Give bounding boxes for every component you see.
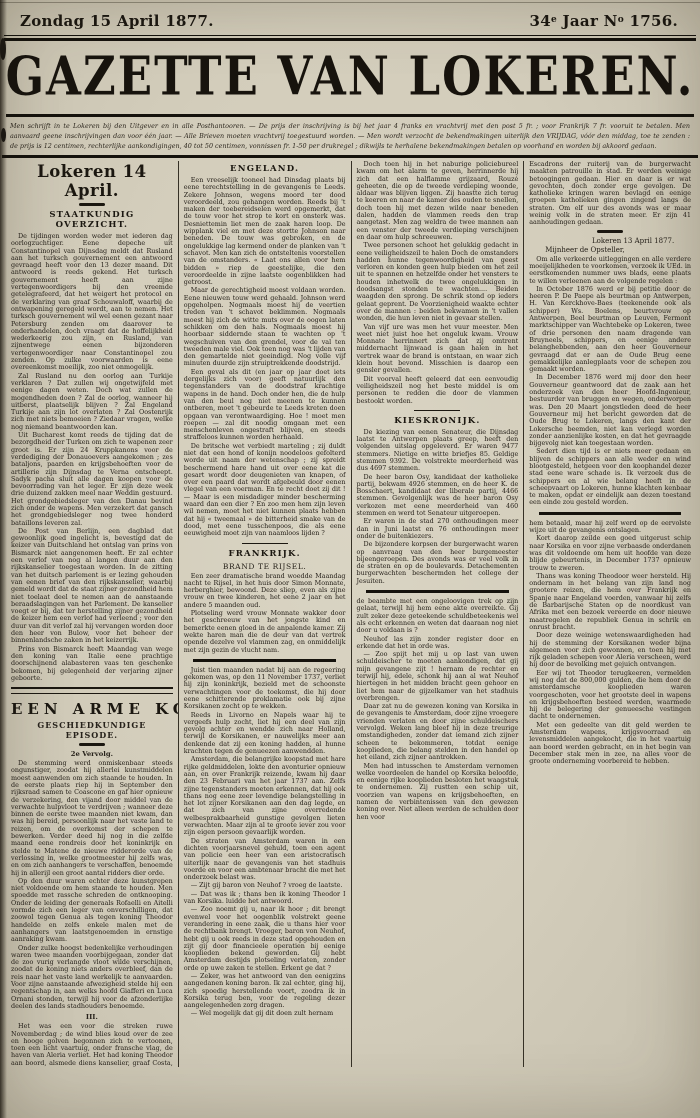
paragraph: Reeds in Livorno en Napels waar hij te v… bbox=[184, 712, 346, 756]
paragraph: Neuhof las zijn zonder register door en … bbox=[357, 636, 519, 651]
continuation-marker: III. bbox=[11, 1013, 173, 1021]
paragraph: Amsterdam, die belangrijke koopstad met … bbox=[184, 756, 346, 836]
paragraph: hem betaald, maar hij zelf werd op de ee… bbox=[529, 520, 691, 535]
column-1: Lokeren 14 April.STAATKUNDIG OVERZICHT.D… bbox=[6, 161, 179, 1067]
paragraph: De tijdingen worden weder met iederen da… bbox=[11, 233, 173, 372]
paragraph: Met een gedeelte van dit geld werden te … bbox=[529, 722, 691, 766]
paragraph: In October 1876 werd er bij petitie door… bbox=[529, 286, 691, 374]
paragraph: De heer baron Osy, kandidaat der katholi… bbox=[357, 474, 519, 518]
paragraph: In December 1876 werd mij door den heer … bbox=[529, 374, 691, 447]
scan-artifact bbox=[1, 128, 6, 142]
section-heading: STAATKUNDIG OVERZICHT. bbox=[11, 210, 173, 230]
scan-edge bbox=[0, 0, 7, 1118]
paragraph: Plotseling werd vrouw Monnate wakker doo… bbox=[184, 610, 346, 654]
feuilleton-title: EEN ARME KONING bbox=[11, 700, 173, 718]
paragraph: de beambte met een ongeloovigen trek op … bbox=[357, 598, 519, 634]
feuilleton-rule bbox=[366, 590, 508, 593]
paragraph: Juist tien maanden nadat hij aan de rege… bbox=[184, 667, 346, 711]
imprint-line: de prijs is 12 centimen, rechterlijke aa… bbox=[10, 141, 690, 151]
subsection-heading: BRAND TE RIJSEL. bbox=[184, 562, 346, 571]
masthead-title: GAZETTE VAN LOKEREN. bbox=[0, 45, 700, 108]
feuilleton-subtitle: GESCHIEDKUNDIGE EPISODE. bbox=[11, 720, 173, 740]
paragraph: Prins von Bismarck heeft Maandag van weg… bbox=[11, 646, 173, 682]
issue-number: 34e Jaar No 1756. bbox=[529, 12, 678, 30]
paragraph: Van vijf ure was men het vuur meester. M… bbox=[357, 324, 519, 375]
paragraph: Uit Bucharest komt reeds de tijding dat … bbox=[11, 432, 173, 527]
paragraph: Twee personen schoot het gelukkig gedach… bbox=[357, 242, 519, 322]
paragraph: Door deze weinige wetenswaardigheden had… bbox=[529, 632, 691, 668]
double-rule bbox=[11, 687, 173, 694]
paragraph: — Zoo noemt gij u, naar ik hoor ; dit br… bbox=[184, 906, 346, 972]
paragraph: Een vreeselijk tooneel had Dinsdag plaat… bbox=[184, 177, 346, 286]
letter-dateline: Lokeren 13 April 1877. bbox=[529, 237, 691, 245]
header-rule bbox=[4, 35, 696, 41]
imprint-line: Men schrijft in te Lokeren bij den Uitge… bbox=[10, 121, 690, 131]
feuilleton-rule bbox=[539, 512, 681, 515]
paragraph: Sedert dien tijd is er niets meer gedaan… bbox=[529, 448, 691, 506]
ornament-divider bbox=[79, 743, 105, 746]
paragraph: Een zeer dramatische brand woedde Maanda… bbox=[184, 573, 346, 609]
masthead-rule bbox=[6, 114, 694, 117]
paragraph: — Zoo spijt het mij u op last van uwen s… bbox=[357, 651, 519, 702]
column-3: Doch toen hij in het naburige policiebur… bbox=[352, 161, 525, 1067]
section-heading: KIESKRONIJK. bbox=[357, 416, 519, 426]
imprint-line: aanvaard geene inschrijvingen dan voor é… bbox=[10, 131, 690, 141]
paragraph: Het was een voor die streken ruwe Novemb… bbox=[11, 1023, 173, 1067]
imprint-rule bbox=[2, 155, 698, 158]
paragraph: Doch toen hij in het naburige policiebur… bbox=[357, 161, 519, 241]
feuilleton-rule bbox=[193, 659, 335, 662]
paragraph: Escadrons der ruiterij van de burgerwach… bbox=[529, 161, 691, 227]
section-heading: FRANKRIJK. bbox=[184, 549, 346, 559]
paragraph: Men had intusschen te Amsterdam vernomen… bbox=[357, 763, 519, 821]
paragraph: Eer wij tot Theodor terugkeeren, vermeld… bbox=[529, 670, 691, 721]
paragraph: De straten van Amsterdam waren in een di… bbox=[184, 838, 346, 882]
thin-divider bbox=[242, 543, 288, 544]
paragraph: De bijzondere korpsen der burgerwacht wa… bbox=[357, 541, 519, 585]
ornament-divider bbox=[597, 230, 623, 233]
paragraph: De Post van Berlijn, een dagblad dat gew… bbox=[11, 528, 173, 645]
column-4: Escadrons der ruiterij van de burgerwach… bbox=[524, 161, 696, 1067]
paragraph: Om alle verkeerde uitleggingen en alle v… bbox=[529, 256, 691, 285]
paragraph: Op den duur waren echter deze kunstgrepe… bbox=[11, 878, 173, 944]
top-bar: Zondag 15 April 1877. 34e Jaar No 1756. bbox=[0, 0, 700, 30]
thin-divider bbox=[414, 410, 460, 411]
paragraph: — Wel mogelijk dat gij dit doen zult her… bbox=[184, 1010, 346, 1017]
letter-salutation: Mijnheer de Opsteller, bbox=[529, 246, 691, 254]
ornament-divider bbox=[79, 203, 105, 206]
paragraph: Thans was koning Theodoor weer hersteld.… bbox=[529, 573, 691, 631]
paragraph: Er waren in de stad 270 onthoudingen mee… bbox=[357, 518, 519, 540]
newspaper-page: Zondag 15 April 1877. 34e Jaar No 1756. … bbox=[0, 0, 700, 1118]
paragraph: De britsche wet verbiedt marteling ; zij… bbox=[184, 443, 346, 538]
column-2: ENGELAND.Een vreeselijk tooneel had Dins… bbox=[179, 161, 352, 1067]
section-heading: ENGELAND. bbox=[184, 164, 346, 174]
date-heading: Zondag 15 April 1877. bbox=[20, 12, 214, 30]
imprint: Men schrijft in te Lokeren bij den Uitge… bbox=[10, 121, 690, 151]
paragraph: Kort daarop zeilde een goed uitgerust sc… bbox=[529, 535, 691, 571]
paragraph: Maar de gerechtigheid moest voldaan word… bbox=[184, 287, 346, 367]
paragraph: De stemming werd onmiskenbaar steeds ong… bbox=[11, 760, 173, 877]
scan-artifact bbox=[0, 2, 700, 3]
paragraph: — Zijt gij baron von Neuhof ? vroeg de l… bbox=[184, 882, 346, 889]
paragraph: — Zeker, was het antwoord van den eenigz… bbox=[184, 973, 346, 1009]
column-area: Lokeren 14 April.STAATKUNDIG OVERZICHT.D… bbox=[6, 161, 696, 1067]
paragraph: Daar zat nu de gewezen koning van Korsik… bbox=[357, 703, 519, 761]
continuation-marker: 2e Vervolg. bbox=[11, 750, 173, 758]
city-dateline: Lokeren 14 April. bbox=[11, 162, 173, 200]
paragraph: Een geval als dit (en jaar op jaar doet … bbox=[184, 369, 346, 442]
paragraph: Dit voorval heeft geleerd dat een eenvou… bbox=[357, 376, 519, 405]
paragraph: Zal Rusland nu den oorlog aan Turkije ve… bbox=[11, 373, 173, 431]
paragraph: Onder zulke hoogst bedenkelijke verhoudi… bbox=[11, 945, 173, 1011]
paragraph: — Dat was ik ; thans ben ik koning Theod… bbox=[184, 891, 346, 906]
paragraph: De kiezing van eenen Senateur, die Dijns… bbox=[357, 429, 519, 473]
